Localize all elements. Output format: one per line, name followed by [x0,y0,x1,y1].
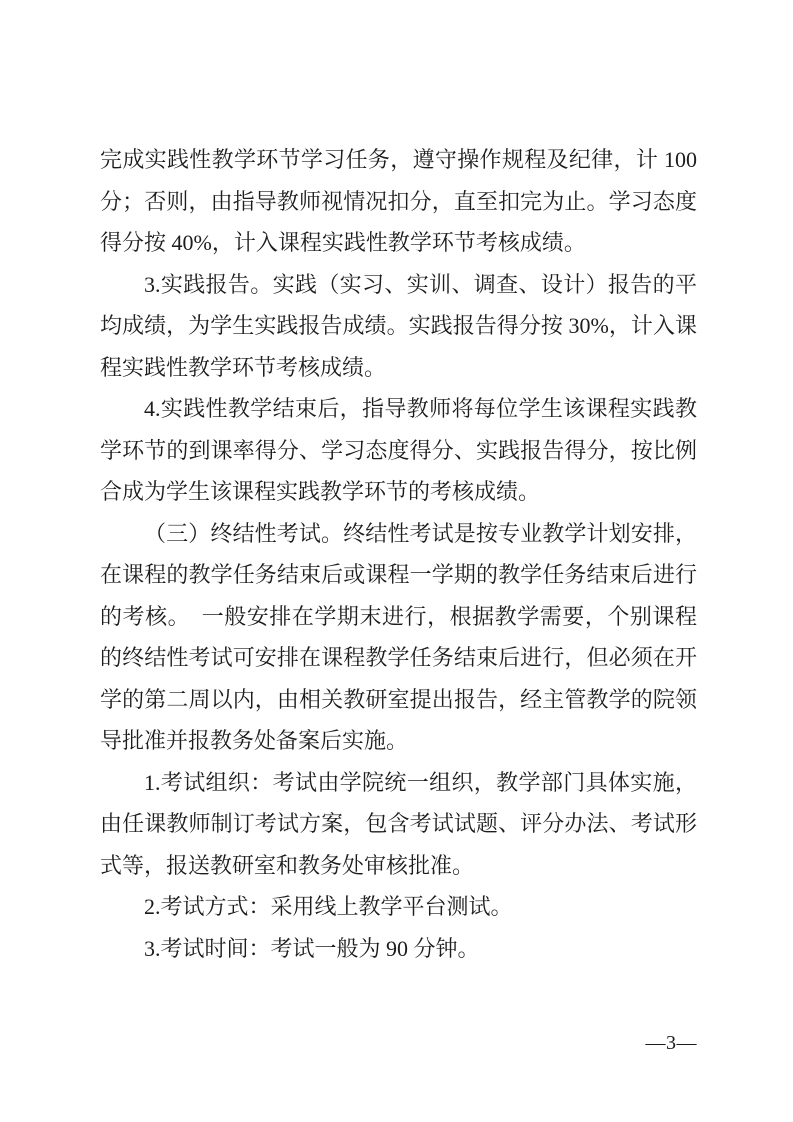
paragraph: 1.考试组织：考试由学院统一组织，教学部门具体实施，由任课教师制订考试方案，包含… [100,762,697,887]
page-number: —3— [646,1031,698,1055]
paragraph: 3.实践报告。实践（实习、实训、调查、设计）报告的平均成绩，为学生实践报告成绩。… [100,264,697,389]
paragraph: 4.实践性教学结束后，指导教师将每位学生该课程实践教学环节的到课率得分、学习态度… [100,388,697,513]
paragraph: 2.考试方式：采用线上教学平台测试。 [100,886,697,928]
document-body: 完成实践性教学环节学习任务，遵守操作规程及纪律，计 100 分；否则，由指导教师… [100,139,697,969]
document-page: 完成实践性教学环节学习任务，遵守操作规程及纪律，计 100 分；否则，由指导教师… [0,0,793,1122]
paragraph: 3.考试时间：考试一般为 90 分钟。 [100,928,697,970]
paragraph: （三）终结性考试。终结性考试是按专业教学计划安排，在课程的教学任务结束后或课程一… [100,513,697,762]
paragraph: 完成实践性教学环节学习任务，遵守操作规程及纪律，计 100 分；否则，由指导教师… [100,139,697,264]
